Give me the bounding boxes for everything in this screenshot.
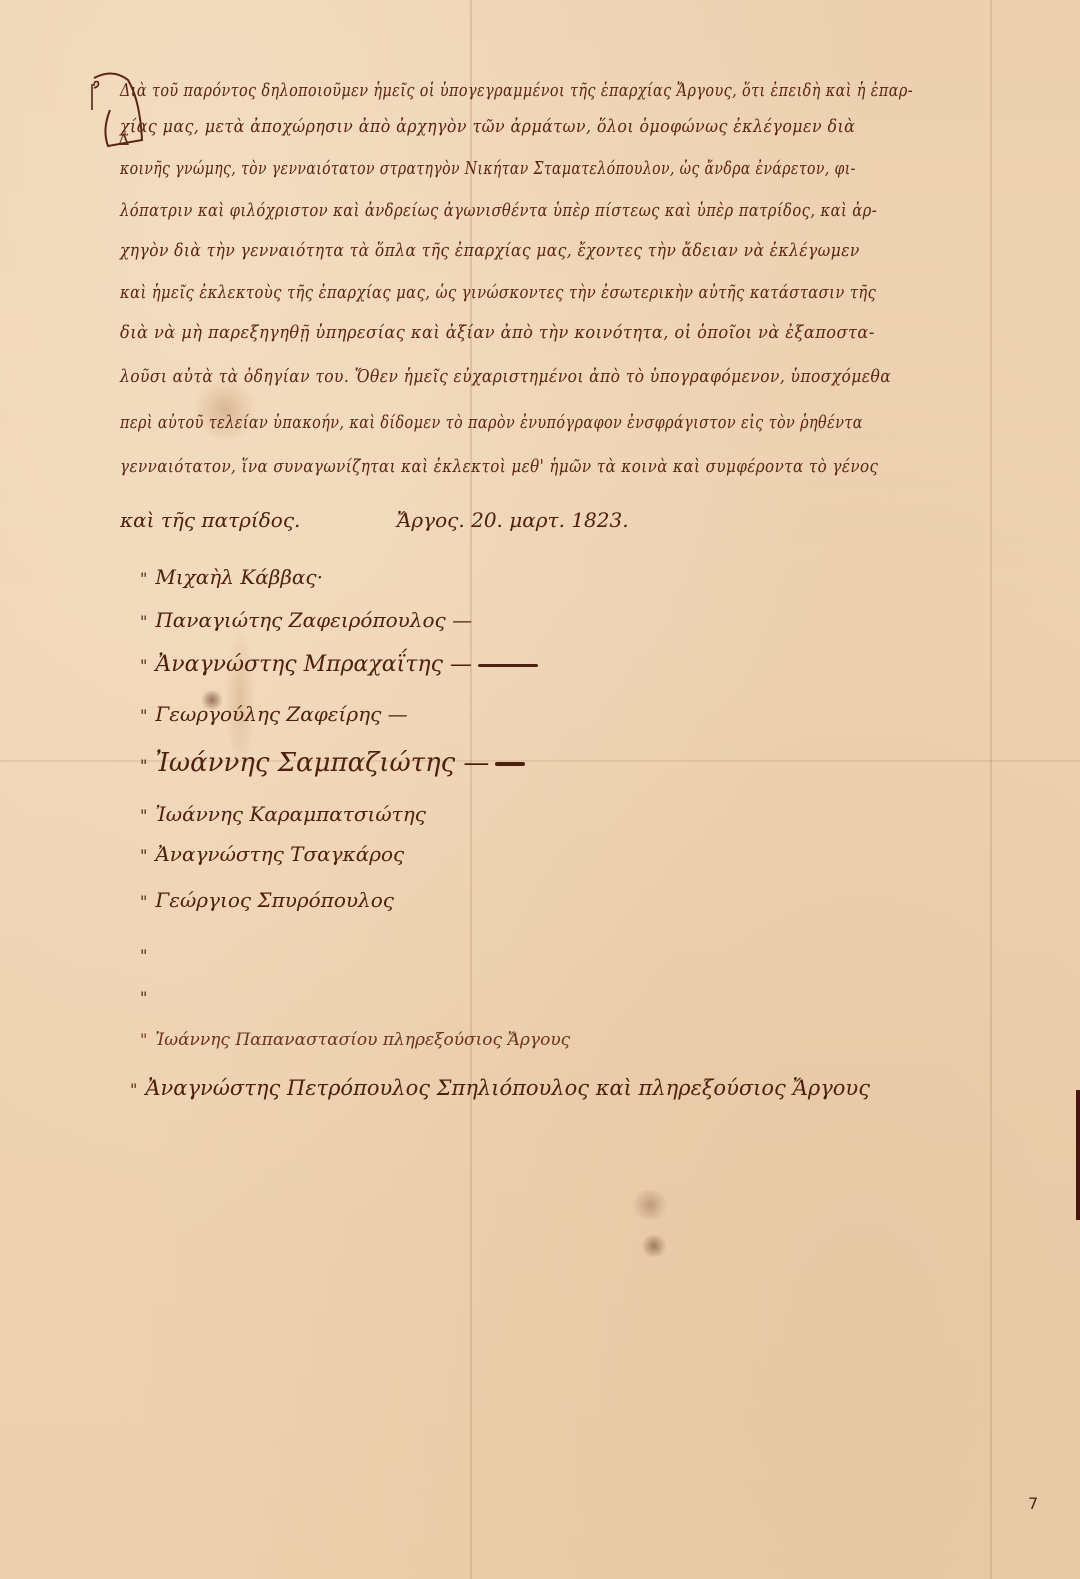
body-line-4: λόπατριν καὶ φιλόχριστον καὶ ἀνδρείως ἀγ… <box>120 200 877 221</box>
signature-11: "Ἰωάννης Παπαναστασίου πληρεξούσιος Ἄργο… <box>140 1030 570 1050</box>
signature-7: "Ἀναγνώστης Τσαγκάρος <box>140 842 404 866</box>
signature-1: "Μιχαὴλ Κάββας· <box>140 565 323 589</box>
body-line-8: λοῦσι αὐτὰ τὰ ὀδηγίαν του. Ὅθεν ἡμεῖς εὐ… <box>120 366 891 387</box>
manuscript-page: Δ Διὰ τοῦ παρόντος δηλοποιοῦμεν ἡμεῖς οἱ… <box>0 0 1080 1579</box>
date: 20. μαρτ. 1823. <box>471 508 628 532</box>
signature-8: "Γεώργιος Σπυρόπουλος <box>140 888 394 912</box>
signature-10-blank: " <box>140 984 155 1008</box>
place: Ἄργος. <box>397 508 465 532</box>
signature-9-blank: " <box>140 942 155 966</box>
body-line-6: καὶ ἡμεῖς ἐκλεκτοὺς τῆς ἐπαρχίας μας, ὡς… <box>120 282 876 303</box>
body-line-10: γενναιότατον, ἵνα συναγωνίζηται καὶ ἐκλε… <box>120 456 878 477</box>
paper-fold-vertical <box>990 0 992 1579</box>
closing-phrase: καὶ τῆς πατρίδος. <box>120 508 300 532</box>
stain <box>640 1235 668 1257</box>
signature-12: "Ἀναγνώστης Πετρόπουλος Σπηλιόπουλος καὶ… <box>130 1076 870 1100</box>
signature-6: "Ἰωάννης Καραμπατσιώτης <box>140 802 426 826</box>
signature-4: "Γεωργούλης Ζαφείρης — <box>140 702 408 726</box>
closing-line: καὶ τῆς πατρίδος. Ἄργος. 20. μαρτ. 1823. <box>120 508 629 532</box>
body-line-1: Διὰ τοῦ παρόντος δηλοποιοῦμεν ἡμεῖς οἱ ὑ… <box>120 80 913 101</box>
body-line-5: χηγὸν διὰ τὴν γενναιότητα τὰ ὅπλα τῆς ἐπ… <box>120 240 860 261</box>
backing-edge <box>1076 1090 1080 1220</box>
paper-fold-vertical <box>470 0 472 1579</box>
page-number: 7 <box>1028 1494 1038 1513</box>
signature-2: "Παναγιώτης Ζαφειρόπουλος — <box>140 608 472 632</box>
signature-5: "Ἰωάννης Σαμπαζιώτης — <box>140 748 525 778</box>
body-line-9: περὶ αὐτοῦ τελείαν ὑπακοήν, καὶ δίδομεν … <box>120 412 863 433</box>
stain <box>630 1190 670 1220</box>
signature-3: "Ἀναγνώστης Μπραχαΐτης — <box>140 652 538 677</box>
body-line-3: κοινῆς γνώμης, τὸν γενναιότατον στρατηγὸ… <box>120 158 856 179</box>
body-line-2: χίας μας, μετὰ ἀποχώρησιν ἀπὸ ἀρχηγὸν τῶ… <box>120 116 855 137</box>
body-line-7: διὰ νὰ μὴ παρεξηγηθῇ ὑπηρεσίας καὶ ἀξίαν… <box>120 322 875 343</box>
